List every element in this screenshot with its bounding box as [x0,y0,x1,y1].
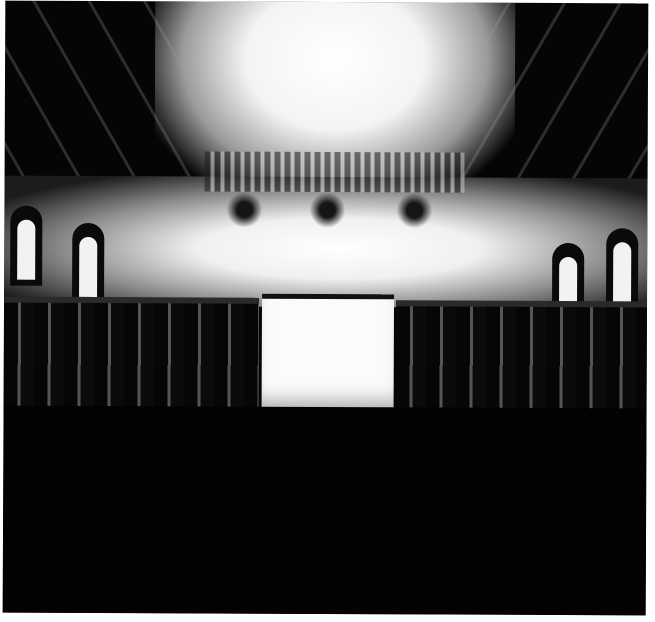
hall-photo: High-contrast black-and-white photo of a… [3,1,649,616]
arched-window-right [606,228,638,308]
arched-window-left [72,223,104,303]
wall-ornament [226,192,262,228]
floor-shadow [3,406,647,616]
rail-right [396,300,647,307]
projection-screen [262,294,395,410]
wall-ornament [396,192,432,228]
arched-window-left [10,206,42,286]
wall-ornament [309,192,345,228]
cornice [205,151,465,192]
rail-left [4,297,259,304]
